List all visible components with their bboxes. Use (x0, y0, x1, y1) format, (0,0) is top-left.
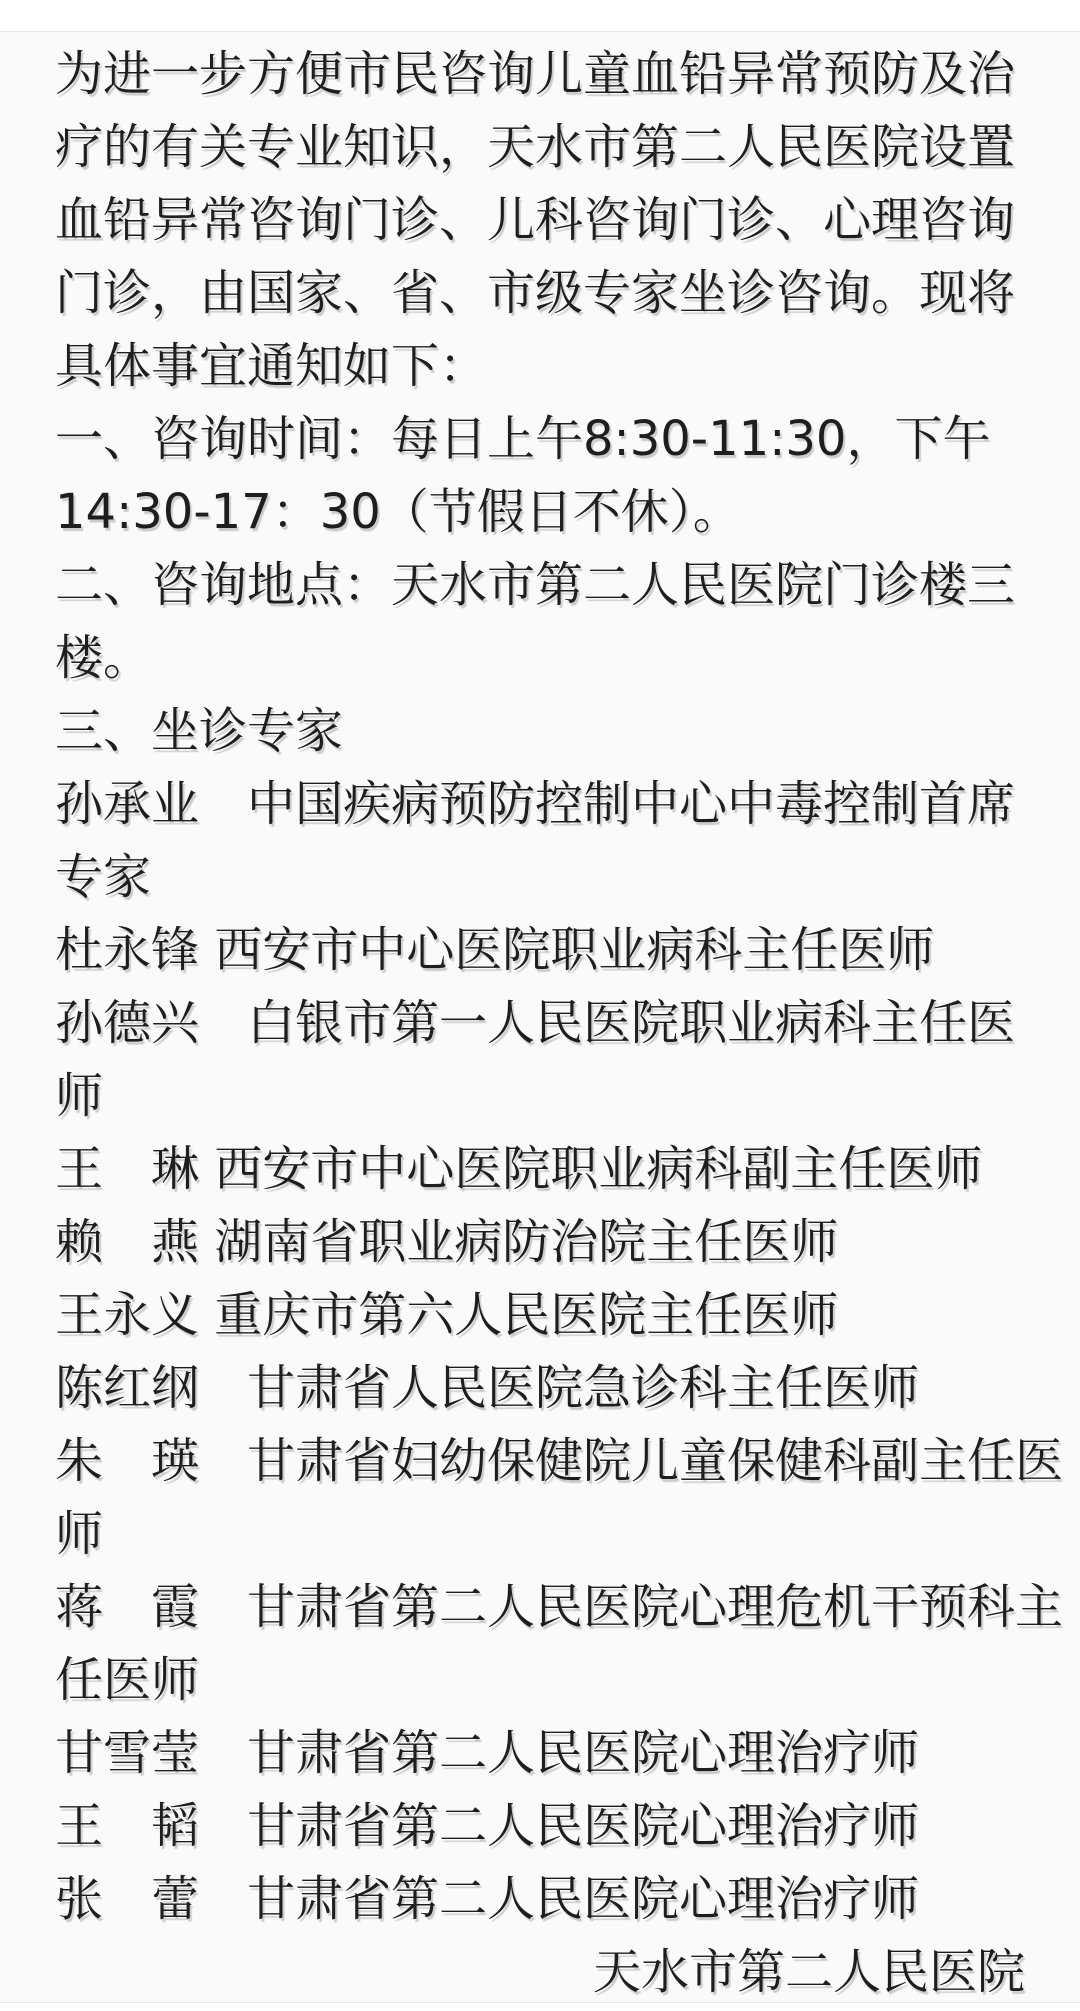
notice-line: 具体事宜通知如下： (55, 330, 1025, 403)
top-divider-strip (0, 0, 1080, 32)
notice-line: 师 (55, 1498, 1025, 1571)
notice-line: 孙承业 中国疾病预防控制中心中毒控制首席 (55, 768, 1025, 841)
notice-line: 为进一步方便市民咨询儿童血铅异常预防及治 (55, 38, 1025, 111)
notice-line: 王 琳 西安市中心医院职业病科副主任医师 (55, 1133, 1025, 1206)
notice-line: 门诊，由国家、省、市级专家坐诊咨询。现将 (55, 257, 1025, 330)
notice-line: 王 韬 甘肃省第二人民医院心理治疗师 (55, 1790, 1025, 1863)
notice-line: 一、咨询时间：每日上午8:30-11:30，下午 (55, 403, 1025, 476)
notice-line: 血铅异常咨询门诊、儿科咨询门诊、心理咨询 (55, 184, 1025, 257)
notice-line: 楼。 (55, 622, 1025, 695)
notice-line: 蒋 霞 甘肃省第二人民医院心理危机干预科主 (55, 1571, 1025, 1644)
notice-line: 天水市第二人民医院 (55, 1936, 1025, 2009)
notice-line: 三、坐诊专家 (55, 695, 1025, 768)
notice-line: 赖 燕 湖南省职业病防治院主任医师 (55, 1206, 1025, 1279)
notice-line: 甘雪莹 甘肃省第二人民医院心理治疗师 (55, 1717, 1025, 1790)
notice-body: 为进一步方便市民咨询儿童血铅异常预防及治疗的有关专业知识，天水市第二人民医院设置… (0, 32, 1080, 2011)
notice-line: 王永义 重庆市第六人民医院主任医师 (55, 1279, 1025, 1352)
notice-page: 为进一步方便市民咨询儿童血铅异常预防及治疗的有关专业知识，天水市第二人民医院设置… (0, 0, 1080, 2011)
notice-line: 张 蕾 甘肃省第二人民医院心理治疗师 (55, 1863, 1025, 1936)
bottom-divider-strip (0, 2002, 1080, 2011)
notice-line: 陈红纲 甘肃省人民医院急诊科主任医师 (55, 1352, 1025, 1425)
notice-line: 任医师 (55, 1644, 1025, 1717)
notice-line: 杜永锋 西安市中心医院职业病科主任医师 (55, 914, 1025, 987)
notice-line: 二、咨询地点：天水市第二人民医院门诊楼三 (55, 549, 1025, 622)
notice-line: 疗的有关专业知识，天水市第二人民医院设置 (55, 111, 1025, 184)
notice-line: 14:30-17：30（节假日不休）。 (55, 476, 1025, 549)
notice-line: 朱 瑛 甘肃省妇幼保健院儿童保健科副主任医 (55, 1425, 1025, 1498)
notice-line: 孙德兴 白银市第一人民医院职业病科主任医 (55, 987, 1025, 1060)
notice-line: 专家 (55, 841, 1025, 914)
notice-line: 师 (55, 1060, 1025, 1133)
